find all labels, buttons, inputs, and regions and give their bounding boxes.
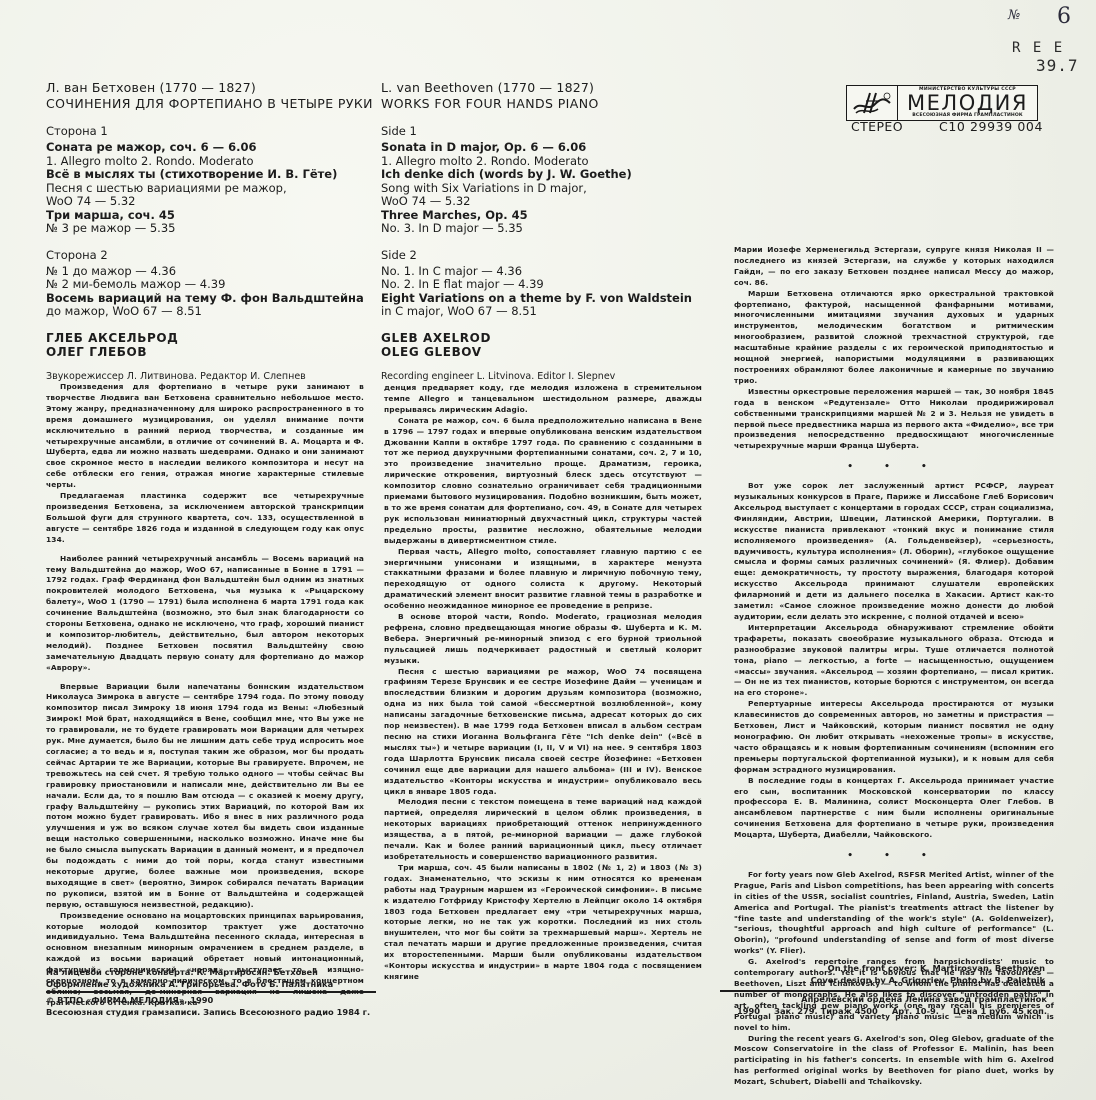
track-line: Соната ре мажор, соч. 6 — 6.06 xyxy=(46,141,364,155)
side1-label-ru: Сторона 1 xyxy=(46,124,364,138)
liner-paragraph: Известны оркестровые переложения маршей … xyxy=(734,387,1054,452)
composer-ru: Л. ван Бетховен (1770 — 1827) xyxy=(46,80,364,96)
tracklist-english: L. van Beethoven (1770 — 1827) WORKS FOR… xyxy=(381,80,699,383)
liner-paragraph: Первая часть, Allegro molto, сопоставляе… xyxy=(384,547,702,612)
liner-paragraph: Вот уже сорок лет заслуженный артист РСФ… xyxy=(734,481,1054,623)
track-line: до мажор, WoO 67 — 8.51 xyxy=(46,305,364,319)
design-credit-ru: Оформление художника А. Григорьева. Фото… xyxy=(46,979,406,991)
track-line: Песня с шестью вариациями ре мажор, xyxy=(46,182,364,196)
track-line: Eight Variations on a theme by F. von Wa… xyxy=(381,292,699,306)
liner-paragraph: Наиболее ранний четырехручный ансамбль —… xyxy=(46,554,364,674)
track-line: 1. Allegro molto 2. Rondo. Moderato xyxy=(381,155,699,169)
stamp-line2: 39.7 xyxy=(1036,56,1079,75)
track-line: Three Marches, Op. 45 xyxy=(381,209,699,223)
liner-paragraph: Репертуарные интересы Аксельрода простир… xyxy=(734,699,1054,775)
track-line: № 1 до мажор — 4.36 xyxy=(46,265,364,279)
side2-tracks-ru: № 1 до мажор — 4.36№ 2 ми-бемоль мажор —… xyxy=(46,265,364,319)
track-line: No. 3. In D major — 5.35 xyxy=(381,222,699,236)
performer1-en: GLEB AXELROD xyxy=(381,331,699,345)
liner-paragraph: Мелодия песни с текстом помещена в теме … xyxy=(384,797,702,862)
order-run: Зак. 279. Тираж 4500 xyxy=(774,1006,878,1016)
credits-ru: Звукорежиссер Л. Литвинова. Редактор И. … xyxy=(46,371,364,383)
melodiya-logo: МИНИСТЕРСТВО КУЛЬТУРЫ СССР МЕЛОДИЯ ВСЕСО… xyxy=(846,85,1038,121)
composer-en: L. van Beethoven (1770 — 1827) xyxy=(381,80,699,96)
plant-text: Апрелевский ордена Ленина завод грамплас… xyxy=(720,994,1047,1006)
tracklist-russian: Л. ван Бетховен (1770 — 1827) СОЧИНЕНИЯ … xyxy=(46,80,364,383)
track-line: № 2 ми-бемоль мажор — 4.39 xyxy=(46,278,364,292)
liner-paragraph: Произведения для фортепиано в четыре рук… xyxy=(46,382,364,491)
track-line: 1. Allegro molto 2. Rondo. Moderato xyxy=(46,155,364,169)
performer1-ru: ГЛЕБ АКСЕЛЬРОД xyxy=(46,331,364,345)
liner-paragraph: Песня с шестью вариациями ре мажор, WoO … xyxy=(384,667,702,798)
side1-tracks-en: Sonata in D major, Op. 6 — 6.061. Allegr… xyxy=(381,141,699,236)
side2-label-en: Side 2 xyxy=(381,248,699,262)
price-text: Цена 1 руб. 45 коп. xyxy=(953,1006,1047,1016)
track-line: No. 2. In E flat major — 4.39 xyxy=(381,278,699,292)
track-line: WoO 74 — 5.32 xyxy=(381,195,699,209)
liner-paragraph: Интерпретации Аксельрода обнаруживают ст… xyxy=(734,623,1054,699)
divider-rule xyxy=(46,991,376,993)
track-line: Всё в мыслях ты (стихотворение И. В. Гёт… xyxy=(46,168,364,182)
footer-credits-en: On the front cover: K. Martirosyan. Beet… xyxy=(720,963,1045,986)
liner-paragraph: Предлагаемая пластинка содержит все четы… xyxy=(46,491,364,546)
section-separator: • • • xyxy=(734,851,1054,862)
track-line: Три марша, соч. 45 xyxy=(46,209,364,223)
handwritten-number: 6 xyxy=(1057,4,1071,29)
liner-paragraph: Три марша, соч. 45 были написаны в 1802 … xyxy=(384,863,702,983)
track-line: Song with Six Variations in D major, xyxy=(381,182,699,196)
liner-notes-middle: денция предваряет коду, где мелодия изло… xyxy=(384,383,702,983)
track-line: Ich denke dich (words by J. W. Goethe) xyxy=(381,168,699,182)
album-title-en: WORKS FOR FOUR HANDS PIANO xyxy=(381,96,699,112)
copyright-text: © ВТПО «ФИРМА МЕЛОДИЯ», 1990 xyxy=(46,995,370,1007)
footer-copyright: © ВТПО «ФИРМА МЕЛОДИЯ», 1990 Всесоюзная … xyxy=(46,995,370,1018)
cover-credit-en: On the front cover: K. Martirosyan. Beet… xyxy=(720,963,1045,975)
catalog-number: С10 29939 004 xyxy=(939,119,1043,134)
side1-tracks-ru: Соната ре мажор, соч. 6 — 6.061. Allegro… xyxy=(46,141,364,236)
melodiya-emblem-icon xyxy=(847,86,898,120)
performer2-en: OLEG GLEBOV xyxy=(381,345,699,359)
album-title-ru: СОЧИНЕНИЯ ДЛЯ ФОРТЕПИАНО В ЧЕТЫРЕ РУКИ xyxy=(46,96,364,112)
cover-credit-ru: На лицевой стороне конверта: К. Мартирос… xyxy=(46,967,406,979)
handwritten-number-label: № xyxy=(1008,8,1020,23)
side2-tracks-en: No. 1. In C major — 4.36No. 2. In E flat… xyxy=(381,265,699,319)
track-line: № 3 ре мажор — 5.35 xyxy=(46,222,364,236)
record-sleeve-back: № 6 R E E 39.7 МИНИСТЕРСТВО КУЛЬТУРЫ ССС… xyxy=(0,0,1096,1100)
side1-label-en: Side 1 xyxy=(381,124,699,138)
track-line: Восемь вариаций на тему Ф. фон Вальдштей… xyxy=(46,292,364,306)
print-year: 1990 xyxy=(737,1006,760,1016)
stereo-label: СТЕРЕО xyxy=(851,119,903,134)
liner-paragraph: Марии Иозефе Херменегильд Эстергази, суп… xyxy=(734,245,1054,289)
logo-brand-name: МЕЛОДИЯ xyxy=(907,93,1028,113)
track-line: Sonata in D major, Op. 6 — 6.06 xyxy=(381,141,699,155)
footer-credits-ru: На лицевой стороне конверта: К. Мартирос… xyxy=(46,967,406,990)
stamp-line1: R E E xyxy=(1012,40,1064,56)
liner-paragraph: Марши Бетховена отличаются ярко оркестра… xyxy=(734,289,1054,387)
design-credit-en: Cover design by A. Grigoriev. Photo by B… xyxy=(720,975,1045,987)
liner-paragraph: В последние годы в концертах Г. Аксельро… xyxy=(734,776,1054,841)
liner-paragraph: В основе второй части, Rondo. Moderato, … xyxy=(384,612,702,667)
performer2-ru: ОЛЕГ ГЛЕБОВ xyxy=(46,345,364,359)
credits-en: Recording engineer L. Litvinova. Editor … xyxy=(381,371,699,383)
section-separator: • • • xyxy=(734,462,1054,473)
track-line: WoO 74 — 5.32 xyxy=(46,195,364,209)
side2-label-ru: Сторона 2 xyxy=(46,248,364,262)
divider-rule xyxy=(720,990,1050,992)
liner-paragraph: During the recent years G. Axelrod's son… xyxy=(734,1034,1054,1089)
liner-notes-left: Произведения для фортепиано в четыре рук… xyxy=(46,382,364,1009)
liner-paragraph: For forty years now Gleb Axelrod, RSFSR … xyxy=(734,870,1054,957)
track-line: in C major, WoO 67 — 8.51 xyxy=(381,305,699,319)
article-number: Арт. 10-9. xyxy=(892,1006,939,1016)
footer-manufacturer: Апрелевский ордена Ленина завод грамплас… xyxy=(720,994,1047,1017)
liner-paragraph: Впервые Вариации были напечатаны боннски… xyxy=(46,682,364,911)
track-line: No. 1. In C major — 4.36 xyxy=(381,265,699,279)
liner-paragraph: денция предваряет коду, где мелодия изло… xyxy=(384,383,702,416)
liner-notes-right: Марии Иозефе Херменегильд Эстергази, суп… xyxy=(734,245,1054,1088)
liner-paragraph: Соната ре мажор, соч. 6 была предположит… xyxy=(384,416,702,547)
studio-text: Всесоюзная студия грамзаписи. Запись Все… xyxy=(46,1007,370,1019)
